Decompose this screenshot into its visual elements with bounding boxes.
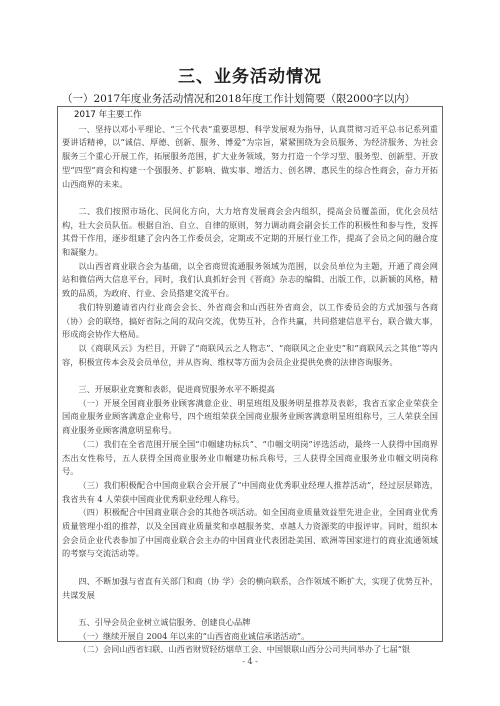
paragraph-3: 以山西省商业联合会为基础，以全省商贸流通服务领域为范围，以会员单位为主题，开通了… [62, 260, 438, 301]
box-heading: 2017 年主要工作 [62, 109, 438, 123]
paragraph-14: （二）会同山西省妇联、山西省财贸轻纺烟草工会、中国银联山西分公司共同举办了七届“… [62, 643, 438, 657]
paragraph-8: （二）我们在全省范围开展全国“巾帼建功标兵”、“巾帼文明岗”评选活动，最终一人获… [62, 438, 438, 479]
paragraph-12: 五、引导会员企业树立诚信服务、创建良心品牌 [62, 616, 438, 630]
paragraph-4: 我们特别邀请省内行业商会会长、外省商会和山西驻外省商会，以工作委员会的方式加强与… [62, 301, 438, 342]
paragraph-1: 一、坚持以邓小平理论、“三个代表”重要思想、科学发展观为指导，认真贯彻习近平总书… [62, 123, 438, 192]
paragraph-7: （一）开展全国商业服务业顾客满意企业、明星班组及服务明星推荐及表彰，我省五家企业… [62, 397, 438, 438]
paragraph-10: （四）积极配合中国商业联合会的其他各项活动。如全国商业质量效益型先进企业，全国商… [62, 506, 438, 561]
paragraph-11: 四、不断加强与省直有关部门和商（协 学）会的横向联系，合作领域不断扩大，实现了优… [62, 575, 438, 602]
paragraph-6: 三、开展职业竞赛和表彰，促进商贸服务水平不断提高 [62, 383, 438, 397]
paragraph-13: （一）继续开展自 2004 年以来的“山西省商业诚信承诺活动”。 [62, 630, 438, 644]
paragraph-9: （三）我们积极配合中国商业联合会开展了“中国商业优秀职业经理人推荐活动”，经过层… [62, 479, 438, 506]
section-subtitle: （一）2017年度业务活动情况和2018年度工作计划简要（限2000字以内） [62, 91, 415, 106]
paragraph-2: 二、我们按照市场化、民间化方向，大力培育发展商会会内组织，提高会员覆盖面，优化会… [62, 205, 438, 260]
section-title: 三、业务活动情况 [0, 62, 500, 87]
paragraph-5: 以《商联风云》为栏目，开辟了“商联风云之人物志”、“商联风之企业史”和“商联风云… [62, 342, 438, 369]
page-number: - 4 - [0, 657, 500, 666]
content-box: 2017 年主要工作 一、坚持以邓小平理论、“三个代表”重要思想、科学发展观为指… [57, 106, 443, 642]
